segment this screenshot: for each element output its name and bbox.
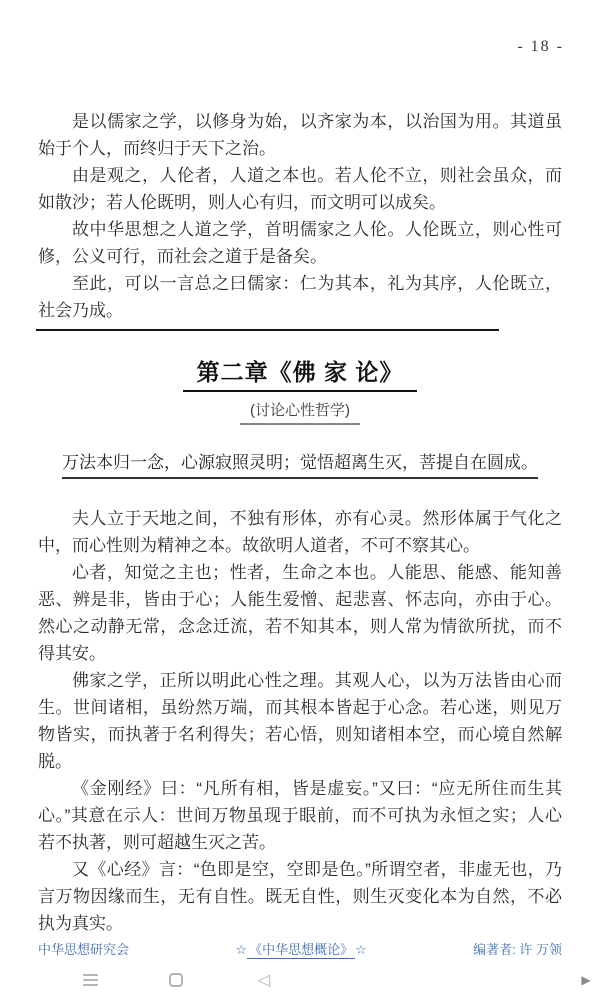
- paragraph: 夫人立于天地之间，不独有形体，亦有心灵。然形体属于气化之中，而心性则为精神之本。…: [38, 505, 562, 559]
- star-icon: ☆: [355, 942, 367, 957]
- paragraph: 是以儒家之学，以修身为始，以齐家为本，以治国为用。其道虽始于个人，而终归于天下之…: [38, 108, 562, 162]
- document-page: 是以儒家之学，以修身为始，以齐家为本，以治国为用。其道虽始于个人，而终归于天下之…: [0, 108, 600, 937]
- paragraph: 由是观之，人伦者，人道之本也。若人伦不立，则社会虽众，而如散沙；若人伦既明，则人…: [38, 162, 562, 216]
- paragraph: 心者，知觉之主也；性者，生命之本也。人能思、能感、能知善恶、辨是非，皆由于心；人…: [38, 559, 562, 667]
- back-icon: ◁: [258, 972, 270, 988]
- chapter-epigraph: 万法本归一念，心源寂照灵明；觉悟超离生灭，菩提自在圆成。: [62, 452, 538, 479]
- forward-button[interactable]: ▶: [574, 968, 598, 992]
- footer-organization: 中华思想研究会: [38, 939, 129, 958]
- forward-icon: ▶: [581, 974, 590, 986]
- system-navigation-bar: ◁ ▶: [0, 966, 600, 996]
- home-square-icon: [169, 973, 183, 987]
- chapter-title: 第二章《佛 家 论》: [183, 357, 418, 392]
- paragraph: 故中华思想之人道之学，首明儒家之人伦。人伦既立，则心性可修，公义可行，而社会之道…: [38, 216, 562, 270]
- footer-book-title-link[interactable]: 《中华思想概论》: [247, 942, 355, 959]
- star-icon: ☆: [235, 942, 247, 957]
- section-divider: [36, 329, 499, 331]
- page-number: - 18 -: [517, 38, 564, 56]
- menu-button[interactable]: [78, 968, 102, 992]
- back-button[interactable]: ◁: [252, 968, 276, 992]
- paragraph: 《金刚经》曰：“凡所有相，皆是虚妄。”又曰：“应无所住而生其心。”其意在示人：世…: [38, 775, 562, 856]
- paragraph: 至此，可以一言总之曰儒家：仁为其本，礼为其序，人伦既立，社会乃成。: [38, 270, 562, 324]
- footer-book-title-group: ☆《中华思想概论》☆: [235, 939, 366, 958]
- paragraph: 又《心经》言：“色即是空，空即是色。”所谓空者，非虚无也，乃言万物因缘而生，无有…: [38, 856, 562, 937]
- home-button[interactable]: [164, 968, 188, 992]
- menu-icon: [83, 974, 98, 986]
- document-footer: 中华思想研究会 ☆《中华思想概论》☆ 编著者: 许 万领: [0, 939, 600, 958]
- paragraph: 佛家之学，正所以明此心性之理。其观人心，以为万法皆由心而生。世间诸相，虽纷然万端…: [38, 667, 562, 775]
- footer-author: 编著者: 许 万领: [473, 939, 562, 958]
- chapter-subtitle: (讨论心性哲学): [240, 401, 360, 425]
